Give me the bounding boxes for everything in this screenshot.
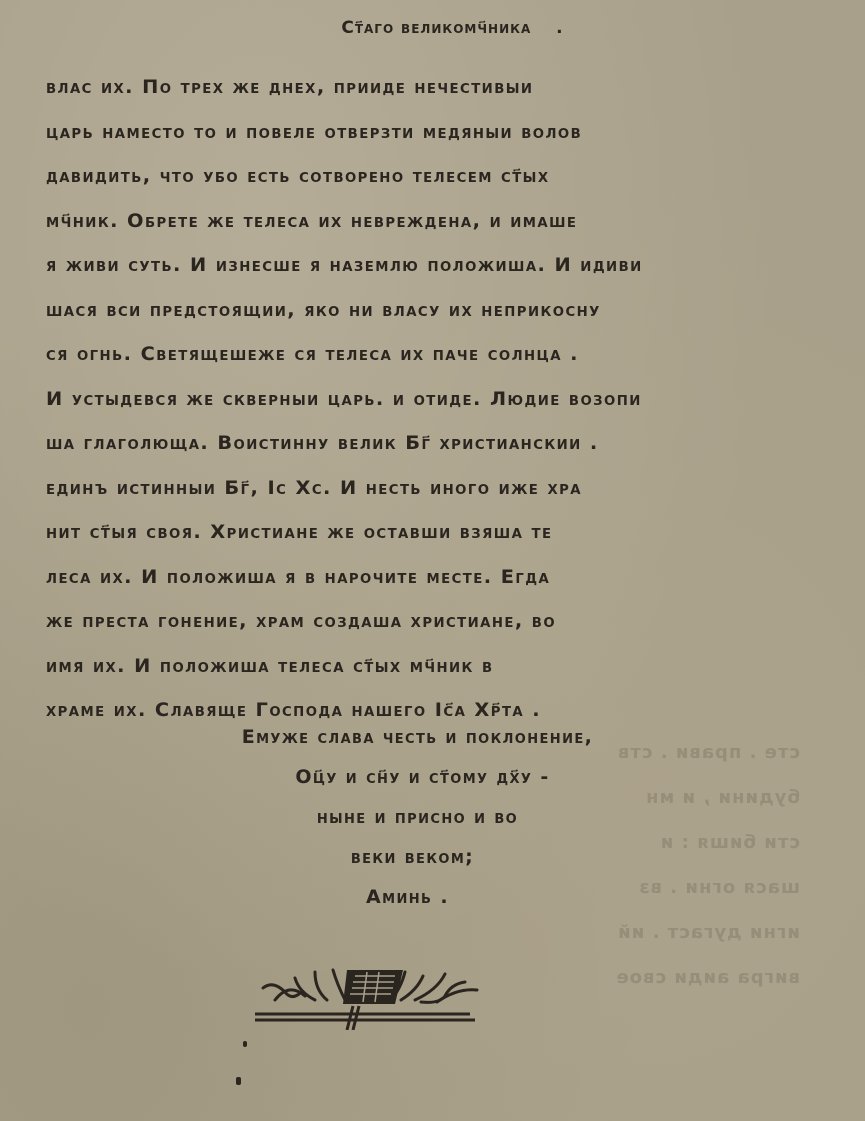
text-line: мч҃ник. Обрете же телеса их невреждена, … — [46, 204, 842, 249]
text-line: ся огнь. Светящешеже ся телеса их паче с… — [46, 337, 842, 382]
text-line: единъ истинныи Бг҃, Іс Хс. И несть иного… — [46, 471, 842, 516]
header-title: Ст҃аго великомч҃ника — [341, 18, 531, 38]
body-text: влас их. По трех же днех, прииде нечести… — [46, 70, 826, 738]
closing-line: ныне и присно и во — [0, 800, 865, 840]
page-header: Ст҃аго великомч҃ника . — [0, 18, 865, 38]
header-end-mark: . — [556, 18, 563, 38]
text-line: давидить, что убо есть сотворено телесем… — [46, 159, 842, 204]
book-tailpiece-icon — [255, 960, 485, 1030]
text-line: имя их. И положиша телеса ст҃ых мч҃ник в — [46, 649, 842, 694]
closing-line: Аминь . — [0, 880, 865, 920]
closing-doxology: Емуже слава честь и поклонение, Оц҃у и с… — [0, 720, 865, 920]
manuscript-page: Ст҃аго великомч҃ника . влас их. По трех … — [0, 0, 865, 1121]
text-line: же преста гонение, храм создаша христиан… — [46, 604, 842, 649]
closing-line: Оц҃у и сн҃у и ст҃ому дх҃у - — [0, 760, 865, 800]
text-line: нит ст҃ыя своя. Христиане же оставши взя… — [46, 515, 842, 560]
text-line: И устыдевся же скверныи царь. и отиде. Л… — [46, 382, 842, 427]
ink-speck — [243, 1041, 247, 1047]
text-line: ша глаголюща. Воистинну велик Бг҃ христи… — [46, 426, 842, 471]
closing-line: веки веком; — [0, 840, 865, 880]
text-line: шася вси предстоящии, яко ни власу их не… — [46, 293, 842, 338]
text-line: я живи суть. И изнесше я наземлю положиш… — [46, 248, 842, 293]
text-line: влас их. По трех же днех, прииде нечести… — [46, 70, 842, 115]
text-line: леса их. И положиша я в нарочите месте. … — [46, 560, 842, 605]
closing-line: Емуже слава честь и поклонение, — [0, 720, 865, 760]
text-line: царь наместо то и повеле отверзти медяны… — [46, 115, 842, 160]
bleed-line: вигра аиди свое — [580, 955, 800, 1000]
ink-speck — [236, 1077, 241, 1085]
